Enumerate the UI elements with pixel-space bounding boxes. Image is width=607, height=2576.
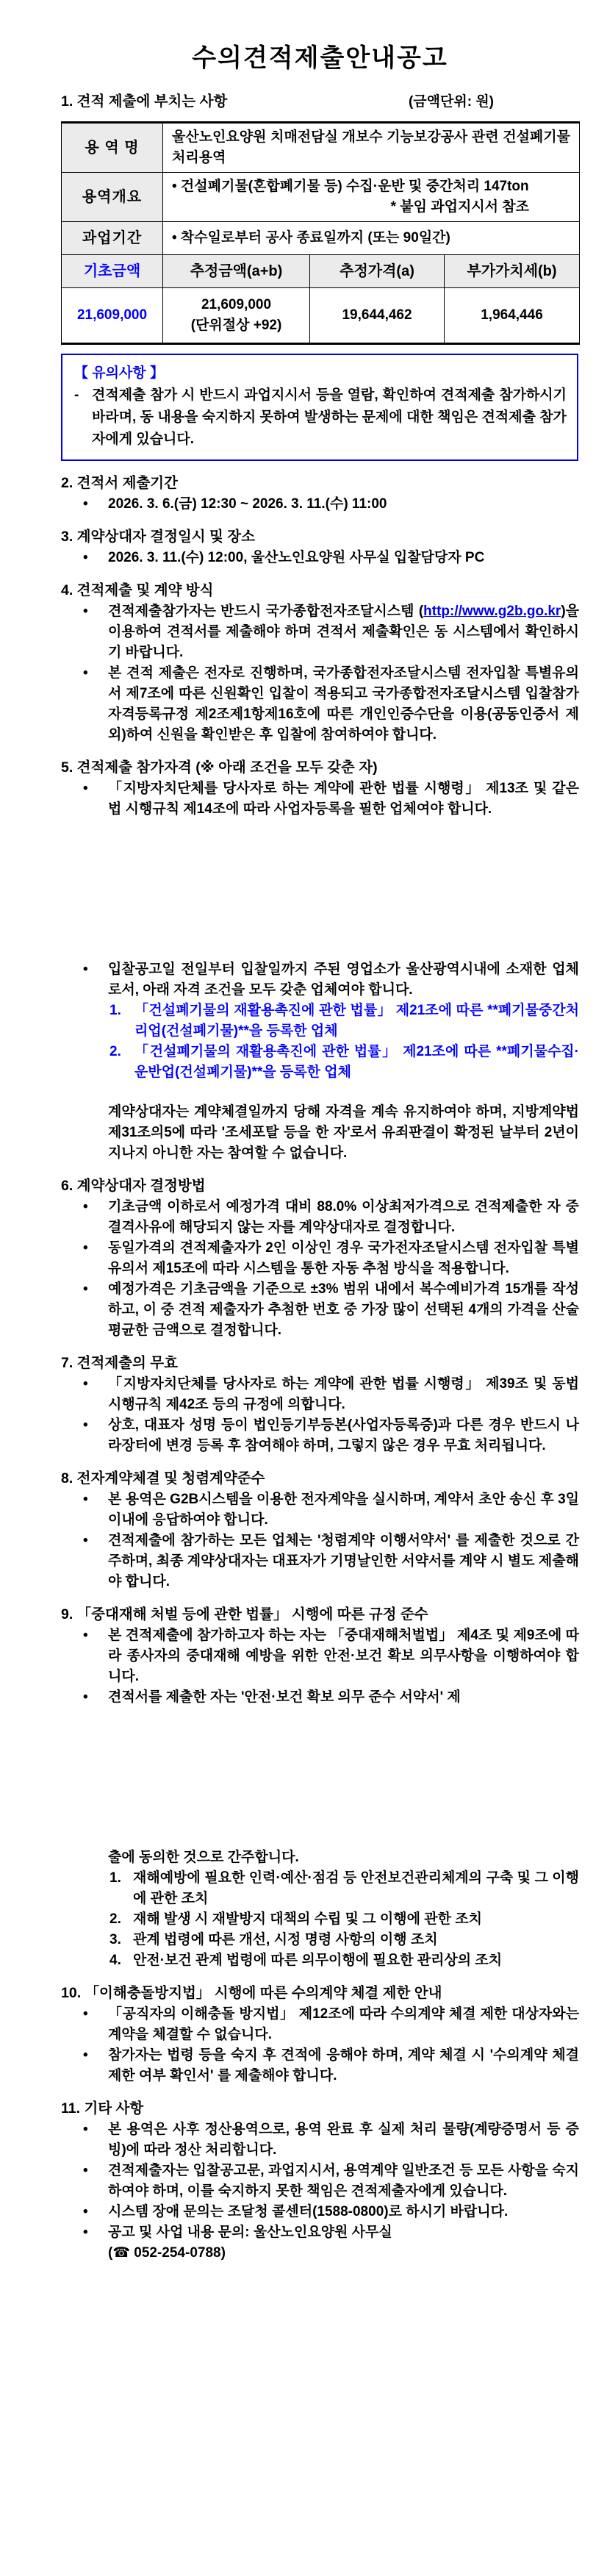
table-row: 과업기간 • 착수일로부터 공사 종료일까지 (또는 90일간): [62, 222, 580, 255]
page-break-gap: [61, 820, 579, 959]
announcement-document: 수의견적제출안내공고 1. 견적 제출에 부치는 사항 (금액단위: 원) 용 …: [0, 0, 607, 2576]
caution-box-title: 【 유의사항 】: [74, 362, 567, 384]
bullet-icon: •: [83, 2045, 108, 2086]
numbered-item-number: 4.: [109, 1950, 133, 1971]
section-9-heading: 9. 「중대재해 처벌 등에 관한 법률」 시행에 따른 규정 준수: [61, 1604, 579, 1625]
bullet-item: • 2026. 3. 6.(금) 12:30 ~ 2026. 3. 11.(수)…: [83, 494, 579, 515]
qualification-maintenance-text: 계약상대자는 계약체결일까지 당해 자격을 계속 유지하여야 하며, 지방계약법…: [108, 1102, 579, 1164]
bullet-item: • 견적제출자는 입찰공고문, 과업지시서, 용역계약 일반조건 등 모든 사항…: [83, 2161, 579, 2202]
bullet-icon: •: [83, 1531, 108, 1592]
submission-period-text: 2026. 3. 6.(금) 12:30 ~ 2026. 3. 11.(수) 1…: [108, 494, 579, 515]
service-name-text: 울산노인요양원 치매전담실 개보수 기능보강공사 관련 건설폐기물 처리용역: [172, 127, 570, 168]
bullet-item: • 견적서를 제출한 자는 '안전·보건 확보 의무 준수 서약서' 제: [83, 1687, 579, 1708]
numbered-item-number: 1.: [109, 1868, 133, 1909]
vat-value: 1,964,446: [445, 288, 580, 344]
overview-text: • 건설폐기물(혼합폐기물 등) 수집·운반 및 중간처리 147ton: [172, 176, 570, 197]
bullet-item: • 본 견적제출에 참가하고자 하는 자는 「중대재해처벌법」 제4조 및 제9…: [83, 1625, 579, 1687]
estimated-total-note: (단위절상 +92): [165, 315, 308, 336]
bullet-icon: •: [83, 2202, 108, 2222]
bullet-icon: •: [83, 1625, 108, 1687]
bullet-icon: •: [83, 1374, 108, 1415]
section-8-heading: 8. 전자계약체결 및 청렴계약준수: [61, 1468, 579, 1489]
numbered-item: 4. 안전·보건 관계 법령에 따른 의무이행에 필요한 관리상의 조치: [109, 1950, 579, 1971]
estimated-price-header: 추정가격(a): [310, 255, 445, 288]
identity-verification-text: 본 견적 제출은 전자로 진행하며, 국가종합전자조달시스템 전자입찰 특별유의…: [108, 663, 579, 745]
bullet-icon: •: [83, 1489, 108, 1531]
bullet-item: • 예정가격은 기초금액을 기준으로 ±3% 범위 내에서 복수예비가격 15개…: [83, 1279, 579, 1341]
bullet-item: • 동일가격의 견적제출자가 2인 이상인 경우 국가전자조달시스템 전자입찰 …: [83, 1238, 579, 1279]
contact-office: 울산노인요양원 사무실: [254, 2225, 392, 2240]
base-amount-header: 기초금액: [62, 255, 163, 288]
section-5-heading: 5. 견적제출 참가자격 (※ 아래 조건을 모두 갖춘 자): [61, 757, 579, 779]
waste-treatment-license-text: 「건설폐기물의 재활용촉진에 관한 법률」 제21조에 따른 **폐기물중간처리…: [134, 1001, 579, 1042]
bullet-icon: •: [83, 1279, 108, 1341]
waste-transport-license-text: 「건설폐기물의 재활용촉진에 관한 법률」 제21조에 따른 **폐기물수집·운…: [134, 1042, 579, 1083]
overview-note: * 붙임 과업지시서 참조: [172, 197, 570, 218]
reserve-price-text: 예정가격은 기초금액을 기준으로 ±3% 범위 내에서 복수예비가격 15개를 …: [108, 1279, 579, 1341]
overview-label: 용역개요: [62, 173, 163, 222]
bullet-icon: •: [83, 2222, 108, 2264]
section-10-heading: 10. 「이해충돌방지법」 시행에 따른 수의계약 체결 제한 안내: [61, 1983, 579, 2004]
bullet-icon: •: [83, 2004, 108, 2045]
bullet-item: • 「공직자의 이해충돌 방지법」 제12조에 따라 수의계약 체결 제한 대상…: [83, 2004, 579, 2045]
vat-header: 부가가치세(b): [445, 255, 580, 288]
bullet-item: • 「지방자치단체를 당사자로 하는 계약에 관한 법률 시행령」 제39조 및…: [83, 1374, 579, 1415]
confirmation-document-text: 참가자는 법령 등을 숙지 후 견적에 응해야 하며, 계약 체결 시 '수의계…: [108, 2045, 579, 2086]
estimated-price-value: 19,644,462: [310, 288, 445, 344]
serious-accident-law-text: 본 견적제출에 참가하고자 하는 자는 「중대재해처벌법」 제4조 및 제9조에…: [108, 1625, 579, 1687]
system-helpdesk-text: 시스템 장애 문의는 조달청 콜센터(1588-0800)로 하시기 바랍니다.: [108, 2202, 579, 2222]
numbered-item-number: 2.: [109, 1909, 133, 1930]
bullet-icon: •: [83, 959, 108, 1001]
section-11-heading: 11. 기타 사항: [61, 2098, 579, 2119]
bid-summary-table: 용 역 명 울산노인요양원 치매전담실 개보수 기능보강공사 관련 건설폐기물 …: [61, 121, 580, 345]
bullet-icon: •: [83, 548, 108, 568]
decision-datetime-text: 2026. 3. 11.(수) 12:00, 울산노인요양원 사무실 입찰담당자…: [108, 548, 579, 568]
safety-measure-4-text: 안전·보건 관계 법령에 따른 의무이행에 필요한 관리상의 조치: [133, 1950, 579, 1971]
contact-info: 공고 및 사업 내용 문의: 울산노인요양원 사무실 (☎ 052-254-07…: [108, 2222, 579, 2264]
numbered-item: 1. 재해예방에 필요한 인력·예산·점검 등 안전보건관리체계의 구축 및 그…: [109, 1868, 579, 1909]
bullet-item: • 본 용역은 G2B시스템을 이용한 전자계약을 실시하며, 계약서 초안 송…: [83, 1489, 579, 1531]
bullet-item: • 입찰공고일 전일부터 입찰일까지 주된 영업소가 울산광역시내에 소재한 업…: [83, 959, 579, 1001]
bullet-item: • 본 견적 제출은 전자로 진행하며, 국가종합전자조달시스템 전자입찰 특별…: [83, 663, 579, 745]
table-row: 용 역 명 울산노인요양원 치매전담실 개보수 기능보강공사 관련 건설폐기물 …: [62, 123, 580, 173]
tie-break-text: 동일가격의 견적제출자가 2인 이상인 경우 국가전자조달시스템 전자입찰 특별…: [108, 1238, 579, 1279]
bullet-icon: •: [83, 601, 108, 663]
registration-mismatch-text: 상호, 대표자 성명 등이 법인등기부등본(사업자등록증)과 다른 경우 반드시…: [108, 1415, 579, 1456]
bullet-item: • 2026. 3. 11.(수) 12:00, 울산노인요양원 사무실 입찰담…: [83, 548, 579, 568]
section-4-heading: 4. 견적제출 및 계약 방식: [61, 580, 579, 601]
section-6-heading: 6. 계약상대자 결정방법: [61, 1176, 579, 1197]
sub-item: 2. 「건설폐기물의 재활용촉진에 관한 법률」 제21조에 따른 **폐기물수…: [109, 1042, 579, 1083]
service-name-label: 용 역 명: [62, 123, 163, 173]
table-row: 21,609,000 21,609,000 (단위절상 +92) 19,644,…: [62, 288, 580, 344]
integrity-pledge-text: 견적제출에 참가하는 모든 업체는 '청렴계약 이행서약서' 를 제출한 것으로…: [108, 1531, 579, 1592]
numbered-item: 3. 관계 법령에 따른 개선, 시정 명령 사항의 이행 조치: [109, 1930, 579, 1950]
estimated-total-amount: 21,609,000: [165, 295, 308, 315]
bullet-item: • 견적제출에 참가하는 모든 업체는 '청렴계약 이행서약서' 를 제출한 것…: [83, 1531, 579, 1592]
service-name-value: 울산노인요양원 치매전담실 개보수 기능보강공사 관련 건설폐기물 처리용역: [163, 123, 580, 173]
section-1-heading: 1. 견적 제출에 부치는 사항: [61, 91, 227, 112]
bullet-icon: •: [83, 2161, 108, 2202]
section-7-heading: 7. 견적제출의 무효: [61, 1353, 579, 1374]
g2b-link[interactable]: http://www.g2b.go.kr: [423, 604, 561, 619]
conflict-of-interest-text: 「공직자의 이해충돌 방지법」 제12조에 따라 수의계약 체결 제한 대상자와…: [108, 2004, 579, 2045]
bullet-item: • 견적제출참가자는 반드시 국가종합전자조달시스템 (http://www.g…: [83, 601, 579, 663]
period-label: 과업기간: [62, 222, 163, 255]
numbered-item-number: 3.: [109, 1930, 133, 1950]
bullet-icon: •: [83, 1197, 108, 1238]
period-text: • 착수일로부터 공사 종료일까지 (또는 90일간): [172, 228, 570, 248]
safety-pledge-text-part1: 견적서를 제출한 자는 '안전·보건 확보 의무 준수 서약서' 제: [108, 1687, 579, 1708]
safety-measure-3-text: 관계 법령에 따른 개선, 시정 명령 사항의 이행 조치: [133, 1930, 579, 1950]
qualification-registration-text: 「지방자치단체를 당사자로 하는 계약에 관한 법률 시행령」 제13조 및 같…: [108, 779, 579, 820]
estimated-total-value: 21,609,000 (단위절상 +92): [163, 288, 310, 344]
bullet-icon: •: [83, 1415, 108, 1456]
caution-box: 【 유의사항 】 - 견적제출 참가 시 반드시 과업지시서 등을 열람, 확인…: [61, 354, 578, 461]
g2b-text-pre: 견적제출참가자는 반드시 국가종합전자조달시스템 (: [108, 604, 423, 619]
bullet-item: • 「지방자치단체를 당사자로 하는 계약에 관한 법률 시행령」 제13조 및…: [83, 779, 579, 820]
safety-measure-2-text: 재해 발생 시 재발방지 대책의 수립 및 그 이행에 관한 조치: [133, 1909, 579, 1930]
currency-unit-note: (금액단위: 원): [409, 92, 494, 112]
g2b-system-text: 견적제출참가자는 반드시 국가종합전자조달시스템 (http://www.g2b…: [108, 601, 579, 663]
sub-item-number: 1.: [109, 1001, 134, 1042]
dash-marker: -: [74, 384, 92, 451]
period-value: • 착수일로부터 공사 종료일까지 (또는 90일간): [163, 222, 580, 255]
numbered-item: 2. 재해 발생 시 재발방지 대책의 수립 및 그 이행에 관한 조치: [109, 1909, 579, 1930]
contact-phone: (☎ 052-254-0788): [108, 2243, 579, 2264]
bidder-responsibility-text: 견적제출자는 입찰공고문, 과업지시서, 용역계약 일반조건 등 모든 사항을 …: [108, 2161, 579, 2202]
caution-box-text: 견적제출 참가 시 반드시 과업지시서 등을 열람, 확인하여 견적제출 참가하…: [92, 384, 567, 451]
bullet-item: • 참가자는 법령 등을 숙지 후 견적에 응해야 하며, 계약 체결 시 '수…: [83, 2045, 579, 2086]
bullet-item: • 시스템 장애 문의는 조달청 콜센터(1588-0800)로 하시기 바랍니…: [83, 2202, 579, 2222]
award-criteria-text: 기초금액 이하로서 예정가격 대비 88.0% 이상최저가격으로 견적제출한 자…: [108, 1197, 579, 1238]
section-3-heading: 3. 계약상대자 결정일시 및 장소: [61, 526, 579, 548]
sub-item-number: 2.: [109, 1042, 134, 1083]
bullet-item: • 상호, 대표자 성명 등이 법인등기부등본(사업자등록증)과 다른 경우 반…: [83, 1415, 579, 1456]
table-row: 기초금액 추정금액(a+b) 추정가격(a) 부가가치세(b): [62, 255, 580, 288]
bullet-item: • 공고 및 사업 내용 문의: 울산노인요양원 사무실 (☎ 052-254-…: [83, 2222, 579, 2264]
bullet-icon: •: [83, 663, 108, 745]
post-settlement-text: 본 용역은 사후 정산용역으로, 용역 완료 후 실제 처리 물량(계량증명서 …: [108, 2119, 579, 2161]
sub-item: 1. 「건설폐기물의 재활용촉진에 관한 법률」 제21조에 따른 **폐기물중…: [109, 1001, 579, 1042]
caution-box-line: - 견적제출 참가 시 반드시 과업지시서 등을 열람, 확인하여 견적제출 참…: [74, 384, 567, 451]
e-contract-text: 본 용역은 G2B시스템을 이용한 전자계약을 실시하며, 계약서 초안 송신 …: [108, 1489, 579, 1531]
bullet-icon: •: [83, 494, 108, 515]
invalid-bid-rule-text: 「지방자치단체를 당사자로 하는 계약에 관한 법률 시행령」 제39조 및 동…: [108, 1374, 579, 1415]
safety-measure-1-text: 재해예방에 필요한 인력·예산·점검 등 안전보건관리체계의 구축 및 그 이행…: [133, 1868, 579, 1909]
safety-pledge-text-part2: 출에 동의한 것으로 간주합니다.: [108, 1847, 579, 1868]
estimated-total-header: 추정금액(a+b): [163, 255, 310, 288]
overview-value: • 건설폐기물(혼합폐기물 등) 수집·운반 및 중간처리 147ton * 붙…: [163, 173, 580, 222]
section-1-heading-row: 1. 견적 제출에 부치는 사항 (금액단위: 원): [61, 91, 579, 112]
bullet-item: • 기초금액 이하로서 예정가격 대비 88.0% 이상최저가격으로 견적제출한…: [83, 1197, 579, 1238]
bullet-icon: •: [83, 1238, 108, 1279]
base-amount-value: 21,609,000: [62, 288, 163, 344]
bullet-item: • 본 용역은 사후 정산용역으로, 용역 완료 후 실제 처리 물량(계량증명…: [83, 2119, 579, 2161]
page-break-gap: [61, 1708, 579, 1847]
page-title: 수의견적제출안내공고: [61, 43, 579, 74]
table-row: 용역개요 • 건설폐기물(혼합폐기물 등) 수집·운반 및 중간처리 147to…: [62, 173, 580, 222]
bullet-icon: •: [83, 1687, 108, 1708]
contact-label: 공고 및 사업 내용 문의:: [108, 2225, 254, 2240]
section-2-heading: 2. 견적서 제출기간: [61, 473, 579, 494]
bullet-icon: •: [83, 2119, 108, 2161]
bullet-icon: •: [83, 779, 108, 820]
local-business-text: 입찰공고일 전일부터 입찰일까지 주된 영업소가 울산광역시내에 소재한 업체로…: [108, 959, 579, 1001]
